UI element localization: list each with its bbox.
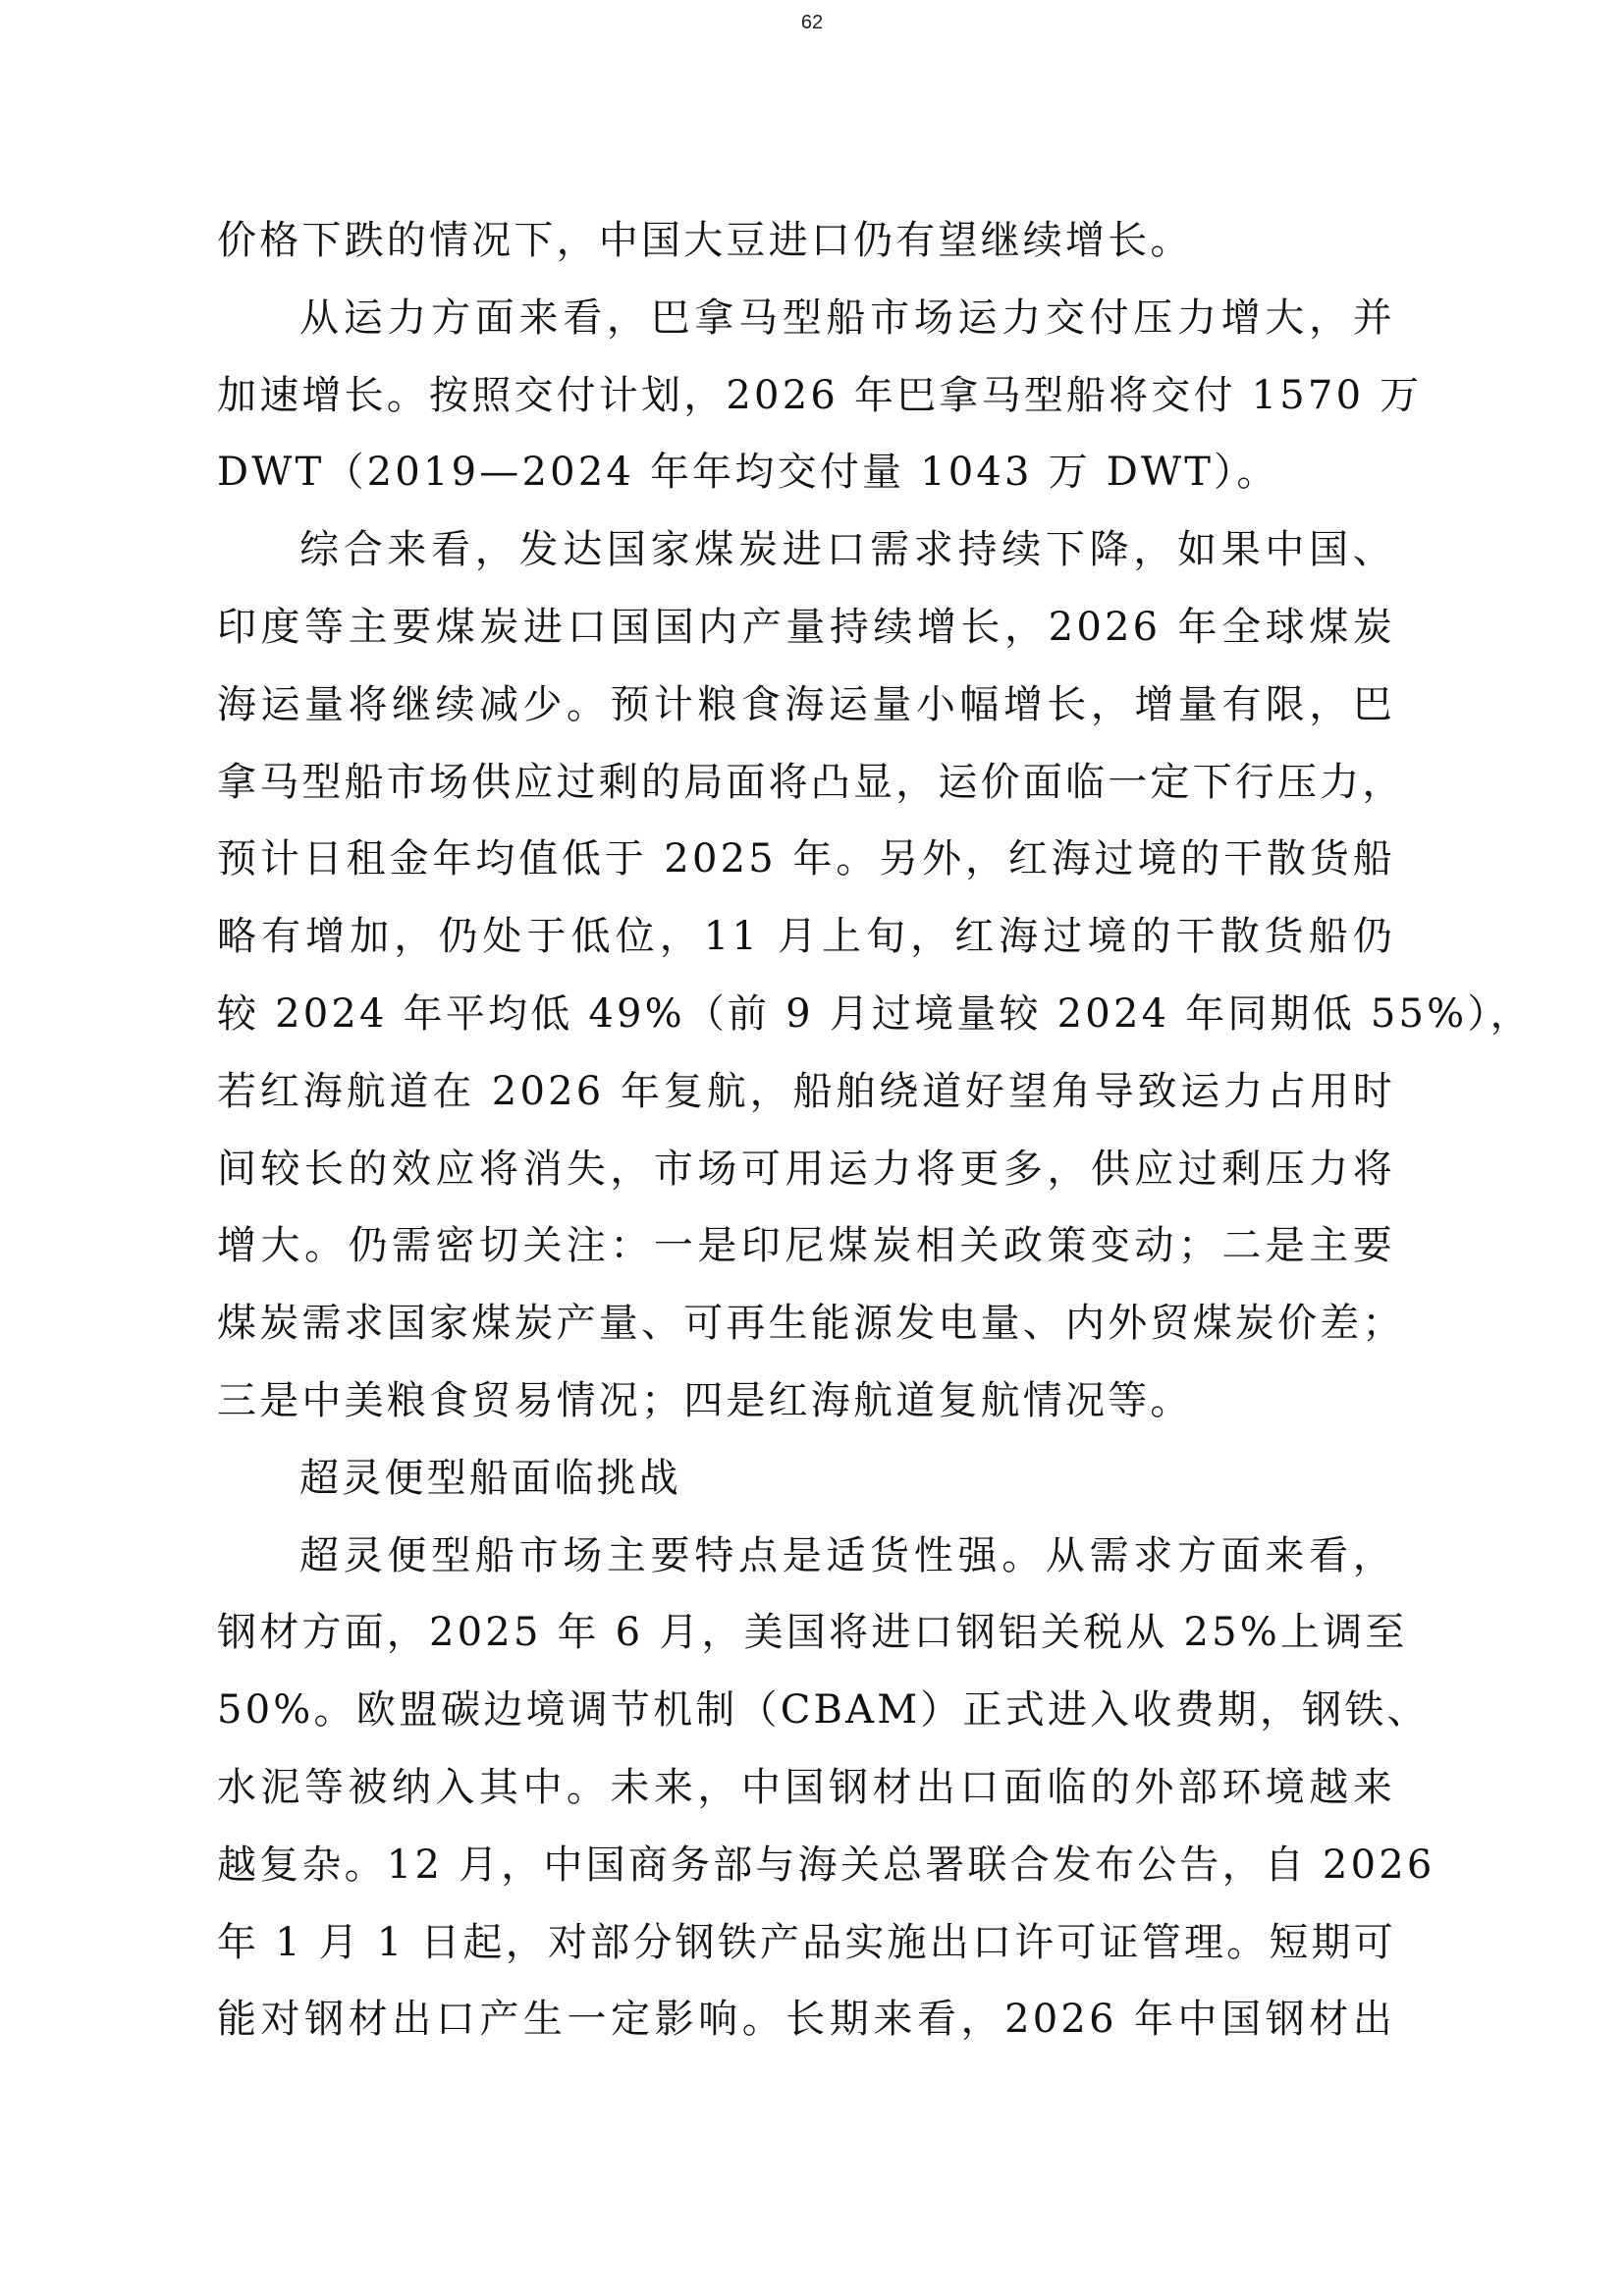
text-line: 若红海航道在 2026 年复航，船舶绕道好望角导致运力占用时 (217, 1062, 1395, 1140)
text-line: 加速增长。按照交付计划，2026 年巴拿马型船将交付 1570 万 (217, 366, 1395, 444)
text-line: 超灵便型船市场主要特点是适货性强。从需求方面来看， (217, 1526, 1395, 1604)
page-number: 62 (0, 12, 1624, 34)
text-line: 增大。仍需密切关注：一是印尼煤炭相关政策变动；二是主要 (217, 1216, 1395, 1294)
text-line: 能对钢材出口产生一定影响。长期来看，2026 年中国钢材出 (217, 1990, 1395, 2067)
text-line: 三是中美粮食贸易情况；四是红海航道复航情况等。 (217, 1371, 1395, 1449)
text-line: 价格下跌的情况下，中国大豆进口仍有望继续增长。 (217, 211, 1395, 289)
text-line: 略有增加，仍处于低位，11 月上旬，红海过境的干散货船仍 (217, 907, 1395, 985)
text-line: 煤炭需求国家煤炭产量、可再生能源发电量、内外贸煤炭价差； (217, 1294, 1395, 1371)
text-line: 拿马型船市场供应过剩的局面将凸显，运价面临一定下行压力， (217, 753, 1395, 830)
section-heading: 超灵便型船面临挑战 (217, 1449, 1395, 1526)
text-line: 年 1 月 1 日起，对部分钢铁产品实施出口许可证管理。短期可 (217, 1913, 1395, 1991)
text-line: 海运量将继续减少。预计粮食海运量小幅增长，增量有限，巴 (217, 675, 1395, 753)
text-line: 间较长的效应将消失，市场可用运力将更多，供应过剩压力将 (217, 1140, 1395, 1217)
text-line: 较 2024 年平均低 49%（前 9 月过境量较 2024 年同期低 55%）… (217, 985, 1395, 1062)
text-line: DWT（2019—2024 年年均交付量 1043 万 DWT）。 (217, 443, 1395, 520)
document-body: 价格下跌的情况下，中国大豆进口仍有望继续增长。 从运力方面来看，巴拿马型船市场运… (217, 211, 1395, 2067)
text-line: 50%。欧盟碳边境调节机制（CBAM）正式进入收费期，钢铁、 (217, 1681, 1395, 1758)
text-line: 预计日租金年均值低于 2025 年。另外，红海过境的干散货船 (217, 829, 1395, 907)
text-line: 印度等主要煤炭进口国国内产量持续增长，2026 年全球煤炭 (217, 598, 1395, 675)
text-line: 水泥等被纳入其中。未来，中国钢材出口面临的外部环境越来 (217, 1758, 1395, 1836)
text-line: 从运力方面来看，巴拿马型船市场运力交付压力增大，并 (217, 289, 1395, 366)
text-line: 钢材方面，2025 年 6 月，美国将进口钢铝关税从 25%上调至 (217, 1603, 1395, 1681)
text-line: 越复杂。12 月，中国商务部与海关总署联合发布公告，自 2026 (217, 1836, 1395, 1913)
text-line: 综合来看，发达国家煤炭进口需求持续下降，如果中国、 (217, 520, 1395, 598)
